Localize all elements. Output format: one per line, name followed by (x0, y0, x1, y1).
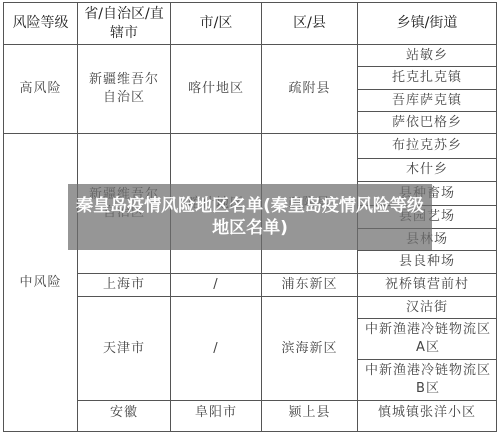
town-cell: 萨依巴格乡 (358, 112, 496, 133)
header-province: 省/自治区/直辖市 (83, 3, 165, 44)
county-cell: 滨海新区 (262, 297, 357, 400)
header-city: 市/区 (171, 3, 261, 44)
county-cell: 疏附县 (262, 45, 357, 133)
province-cell: 上海市 (78, 274, 170, 296)
city-cell: 阜阳市 (171, 401, 261, 425)
town-cell: 站敏乡 (358, 45, 496, 66)
risk-level-high: 高风险 (4, 45, 77, 133)
header-county: 区/县 (262, 3, 357, 44)
province-cell: 天津市 (78, 297, 170, 400)
county-cell: 颍上县 (262, 401, 357, 425)
town-cell: 汉沽街 (358, 297, 496, 318)
province-cell: 新疆维吾尔自治区 (85, 45, 163, 133)
town-cell: 木什乡 (358, 159, 496, 181)
town-cell: 县良种场 (358, 251, 496, 273)
town-cell: 吾库萨克镇 (358, 90, 496, 111)
town-cell: 祝桥镇营前村 (358, 274, 496, 296)
overlay-title: 秦皇岛疫情风险地区名单(秦皇岛疫情风险等级地区名单) (68, 195, 432, 239)
header-town: 乡镇/街道 (358, 3, 496, 44)
risk-level-medium: 中风险 (4, 134, 77, 431)
city-cell: / (171, 297, 261, 400)
province-cell: 安徽 (78, 401, 170, 425)
border-right (496, 2, 497, 432)
header-risk-level: 风险等级 (4, 3, 77, 44)
title-overlay-banner: 秦皇岛疫情风险地区名单(秦皇岛疫情风险等级地区名单) (68, 184, 432, 250)
city-cell: 喀什地区 (171, 45, 261, 133)
county-cell: 浦东新区 (262, 274, 357, 296)
town-cell: 布拉克苏乡 (358, 134, 496, 158)
town-cell: 慎城镇张洋小区 (358, 401, 496, 425)
town-cell: 中新渔港冷链物流区B区 (365, 360, 491, 400)
town-cell: 中新渔港冷链物流区A区 (365, 319, 491, 359)
town-cell: 托克扎克镇 (358, 67, 496, 89)
city-cell: / (171, 274, 261, 296)
